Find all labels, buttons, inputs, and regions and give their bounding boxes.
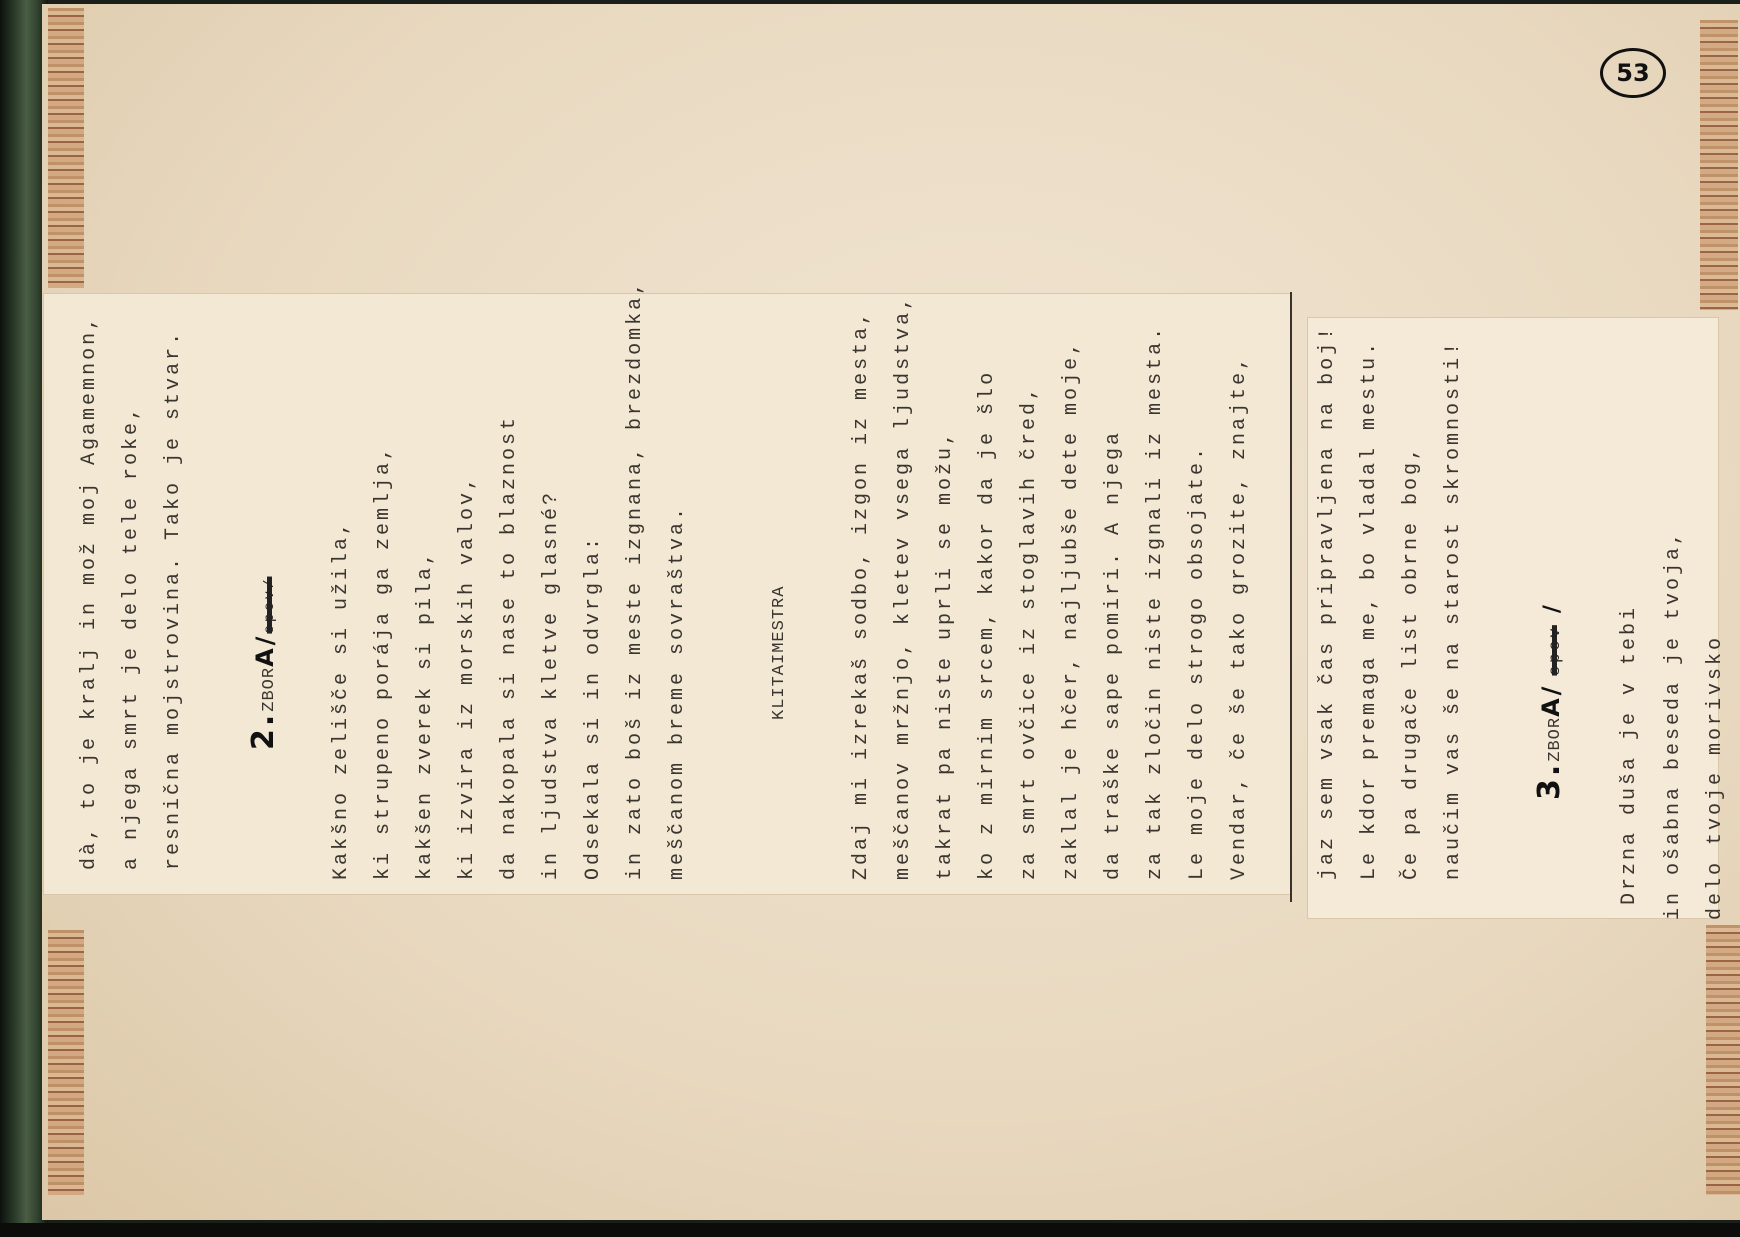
text-line: takrat pa niste uprli se možu,	[934, 430, 957, 880]
text-line: jaz sem vsak čas pripravljena na boj!	[1316, 325, 1339, 880]
text-line: dà, to je kralj in mož moj Agamemnon,	[78, 315, 101, 870]
text-line: da traške sape pomiri. A njega	[1102, 430, 1125, 880]
text-line: Odsekala si in odvrgla:	[582, 535, 605, 880]
text-line: Le kdor premaga me, bo vladal mestu.	[1358, 340, 1381, 880]
glue-stain	[1700, 20, 1738, 310]
binder-spine	[0, 0, 48, 1237]
glue-stain	[48, 930, 84, 1195]
scan-border	[0, 1223, 1740, 1237]
speaker-name: KLITAIMESTRA	[770, 586, 789, 720]
text-line: meščanom breme sovraštva.	[666, 505, 689, 880]
text-line: a njega smrt je delo tele roke,	[120, 405, 143, 870]
glue-stain	[48, 8, 84, 288]
text-line: Kakšno zelišče si užila,	[330, 520, 353, 880]
page-number: 53	[1616, 59, 1649, 87]
text-line: ki strupeno porája ga zemlja,	[372, 445, 395, 880]
page-number-circled: 53	[1600, 48, 1666, 98]
struck-text: spev/	[262, 577, 278, 634]
chorus-trail: /	[1540, 602, 1565, 613]
text-line: ko z mirnim srcem, kakor da je šlo	[976, 370, 999, 880]
chorus-number: 3.	[1532, 762, 1567, 800]
chorus-number: 2.	[246, 712, 281, 750]
text-line: Zdaj mi izrekaš sodbo, izgon iz mesta,	[850, 310, 873, 880]
text-line: Vendar, če še tako grozite, znajte,	[1228, 355, 1251, 880]
text-line: Če pa drugače list obrne bog,	[1400, 445, 1423, 880]
text-line: in zato boš iz meste izgnana, brezdomka,	[624, 280, 647, 880]
chorus-suffix: A/	[1537, 684, 1565, 717]
chorus-heading: 2.ZBORA/spev/	[246, 577, 281, 750]
text-line: in ošabna beseda je tvoja,	[1662, 530, 1685, 920]
text-line: delo tvoje morivsko	[1704, 635, 1727, 920]
struck-text: spev	[1546, 625, 1564, 675]
text-line: Drzna duša je v tebi	[1618, 605, 1641, 905]
text-line: kakšen zverek si pila,	[414, 550, 437, 880]
text-line: za smrt ovčice iz stoglavih čred,	[1018, 385, 1041, 880]
text-line: Le moje delo strogo obsojate.	[1186, 445, 1209, 880]
glue-stain	[1706, 925, 1740, 1195]
chorus-label: ZBOR	[1546, 717, 1565, 762]
text-line: da nakopala si nase to blaznost	[498, 415, 521, 880]
text-line: in ljudstva kletve glasné?	[540, 490, 563, 880]
slip-edge	[1290, 292, 1292, 902]
chorus-label: ZBOR	[260, 667, 279, 712]
text-line: za tak zločin niste izgnali iz mesta.	[1144, 325, 1167, 880]
text-line: zaklal je hčer, najljubše dete moje,	[1060, 340, 1083, 880]
text-line: meščanov mržnjo, kletev vsega ljudstva,	[892, 295, 915, 880]
chorus-heading: 3.ZBORA/spev/	[1532, 602, 1567, 800]
chorus-suffix: A/	[251, 634, 279, 667]
text-line: resnična mojstrovina. Tako je stvar.	[162, 330, 185, 870]
text-line: ki izvira iz morskih valov,	[456, 475, 479, 880]
text-line: naučim vas še na starost skromnosti!	[1442, 340, 1465, 880]
